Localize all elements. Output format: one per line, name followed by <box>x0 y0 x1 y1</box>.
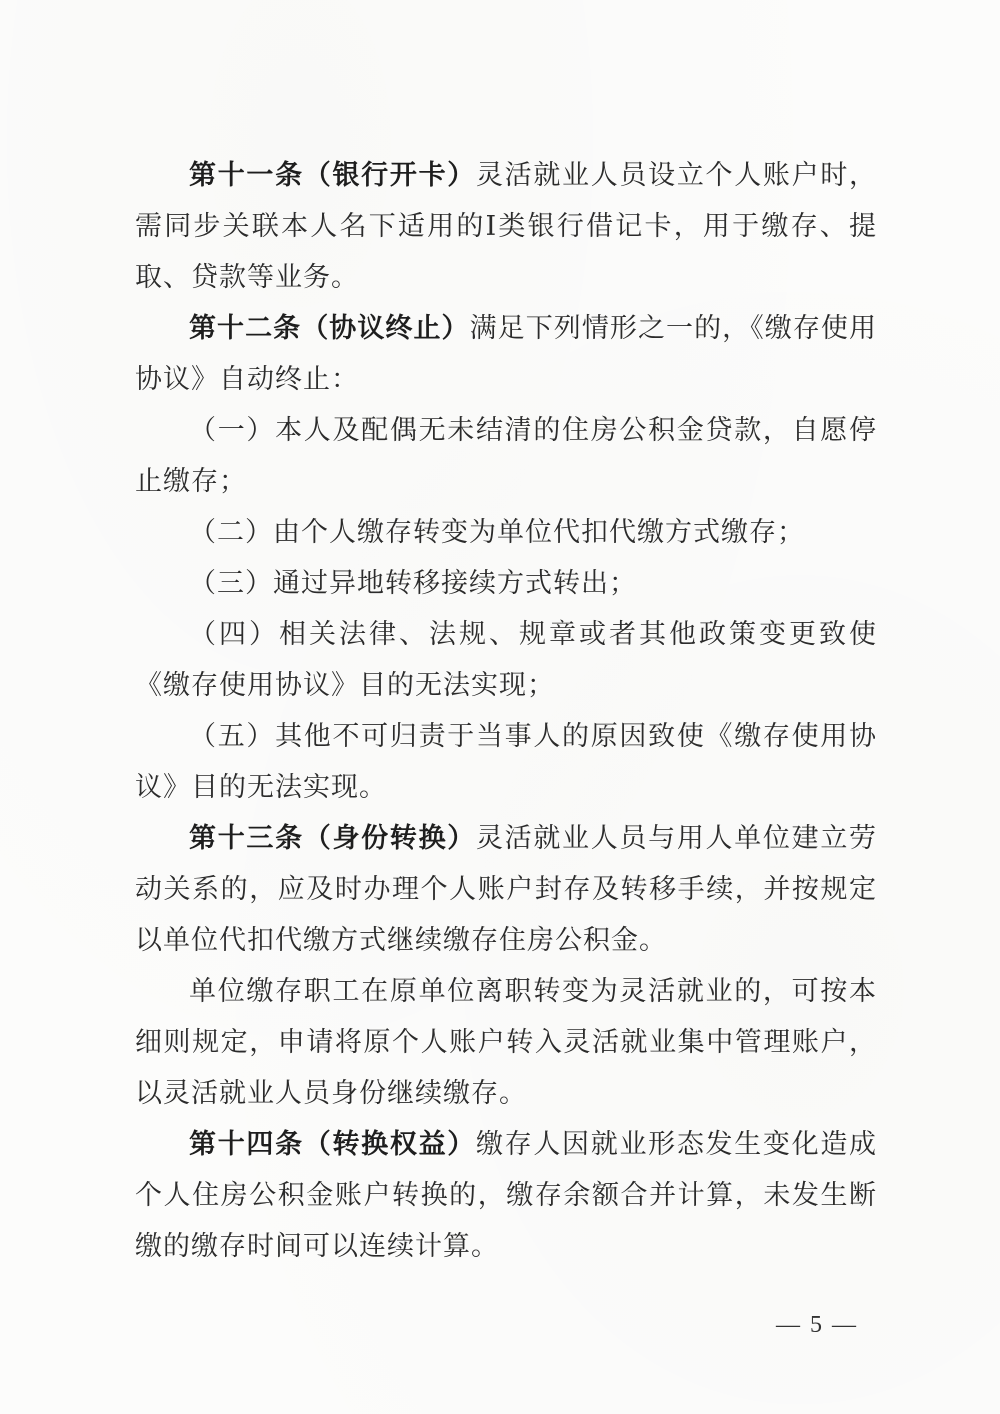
item-1-text: （一）本人及配偶无未结清的住房公积金贷款，自愿停止缴存； <box>135 415 877 496</box>
paragraph-item-5: （五）其他不可归责于当事人的原因致使《缴存使用协议》目的无法实现。 <box>135 711 877 813</box>
paragraph-article-11: 第十一条（银行开卡）灵活就业人员设立个人账户时，需同步关联本人名下适用的Ⅰ类银行… <box>135 150 877 303</box>
paragraph-article-13-supplement: 单位缴存职工在原单位离职转变为灵活就业的，可按本细则规定，申请将原个人账户转入灵… <box>135 966 877 1119</box>
document-text-block: 第十一条（银行开卡）灵活就业人员设立个人账户时，需同步关联本人名下适用的Ⅰ类银行… <box>135 150 877 1272</box>
item-2-text: （二）由个人缴存转变为单位代扣代缴方式缴存； <box>189 517 805 547</box>
footer-page-number: — 5 — <box>776 1312 858 1339</box>
paragraph-article-14: 第十四条（转换权益）缴存人因就业形态发生变化造成个人住房公积金账户转换的，缴存余… <box>135 1119 877 1272</box>
paragraph-item-1: （一）本人及配偶无未结清的住房公积金贷款，自愿停止缴存； <box>135 405 877 507</box>
paragraph-item-4: （四）相关法律、法规、规章或者其他政策变更致使《缴存使用协议》目的无法实现； <box>135 609 877 711</box>
paragraph-item-2: （二）由个人缴存转变为单位代扣代缴方式缴存； <box>135 507 877 558</box>
item-4-text: （四）相关法律、法规、规章或者其他政策变更致使《缴存使用协议》目的无法实现； <box>135 619 877 700</box>
item-3-text: （三）通过异地转移接续方式转出； <box>189 568 637 598</box>
article-11-heading: 第十一条（银行开卡） <box>189 160 476 190</box>
paragraph-article-13: 第十三条（身份转换）灵活就业人员与用人单位建立劳动关系的，应及时办理个人账户封存… <box>135 813 877 966</box>
paragraph-article-12: 第十二条（协议终止）满足下列情形之一的，《缴存使用协议》自动终止： <box>135 303 877 405</box>
article-12-heading: 第十二条（协议终止） <box>189 313 470 343</box>
scanned-document-page: 第十一条（银行开卡）灵活就业人员设立个人账户时，需同步关联本人名下适用的Ⅰ类银行… <box>0 0 1000 1414</box>
article-13-supplement-text: 单位缴存职工在原单位离职转变为灵活就业的，可按本细则规定，申请将原个人账户转入灵… <box>135 976 877 1108</box>
article-14-heading: 第十四条（转换权益） <box>189 1129 476 1159</box>
article-13-heading: 第十三条（身份转换） <box>189 823 476 853</box>
paragraph-item-3: （三）通过异地转移接续方式转出； <box>135 558 877 609</box>
item-5-text: （五）其他不可归责于当事人的原因致使《缴存使用协议》目的无法实现。 <box>135 721 877 802</box>
